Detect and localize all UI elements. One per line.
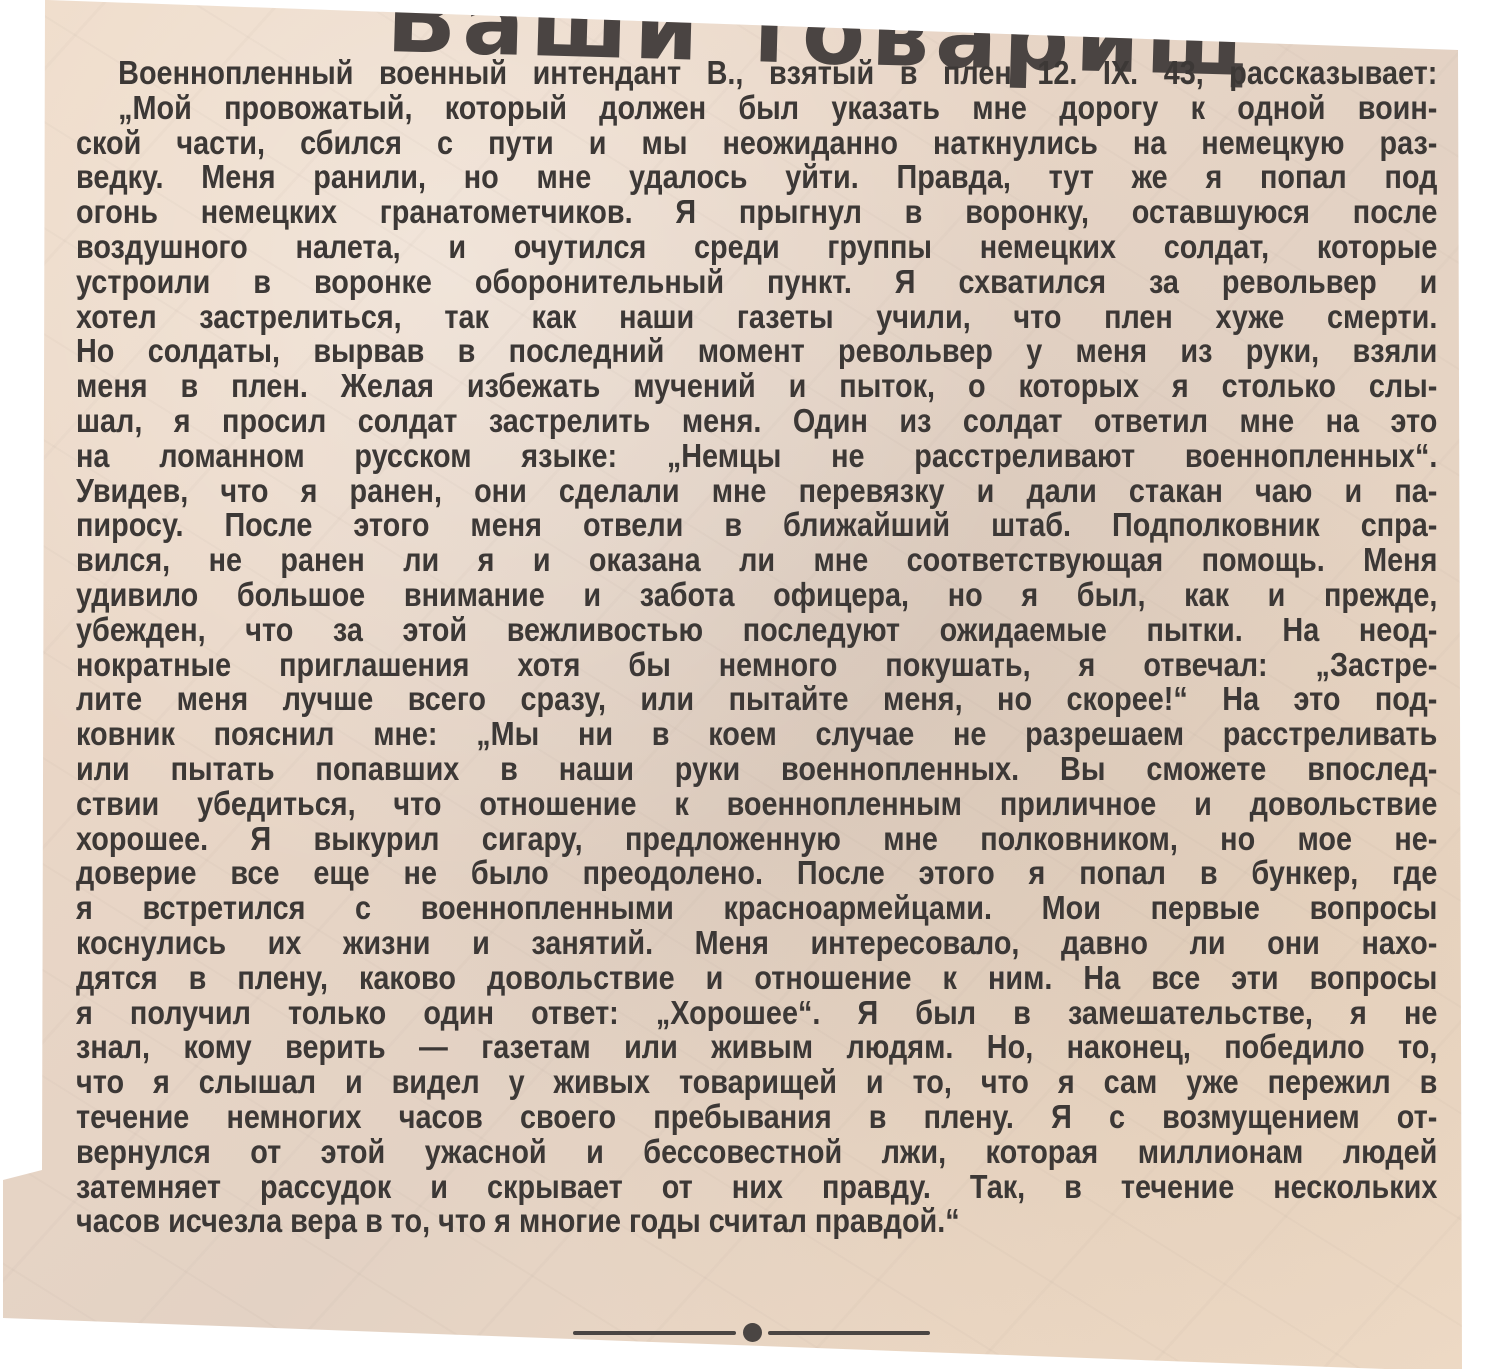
article-line: знал, кому верить — газетам или живым лю… xyxy=(76,1031,1437,1066)
article-body: Военнопленный военный интендант В., взят… xyxy=(76,57,1247,1240)
article-line: пиросу. После этого меня отвели в ближай… xyxy=(76,509,1437,544)
divider-rule-right xyxy=(768,1331,930,1335)
article-line: что я слышал и видел у живых товарищей и… xyxy=(76,1066,1437,1101)
article-line: доверие все еще не было преодолено. Посл… xyxy=(76,857,1437,892)
divider-rule-left xyxy=(573,1331,736,1335)
article-line: вился, не ранен ли я и оказана ли мне со… xyxy=(76,544,1437,579)
newspaper-clipping: Ваши товарищ Военнопленный военный интен… xyxy=(0,0,1500,1369)
article-line: лите меня лучше всего сразу, или пытайте… xyxy=(76,683,1437,718)
article-line: дятся в плену, каково довольствие и отно… xyxy=(76,962,1437,997)
article-line: шал, я просил солдат застрелить меня. Од… xyxy=(76,405,1437,440)
article-line: Увидев, что я ранен, они сделали мне пер… xyxy=(76,475,1437,510)
article-line: ковник пояснил мне: „Мы ни в коем случае… xyxy=(76,718,1437,753)
article-line: удивило большое внимание и забота офицер… xyxy=(76,579,1437,614)
article-line: нократные приглашения хотя бы немного по… xyxy=(76,649,1437,684)
article-line: хорошее. Я выкурил сигару, предложенную … xyxy=(76,823,1437,858)
article-line: я встретился с военнопленными красноарме… xyxy=(76,892,1437,927)
article-line: вернулся от этой ужасной и бессовестной … xyxy=(76,1136,1437,1171)
article-line: воздушного налета, и очутился среди груп… xyxy=(76,231,1437,266)
article-line: течение немногих часов своего пребывания… xyxy=(76,1101,1437,1136)
article-line: ведку. Меня ранили, но мне удалось уйти.… xyxy=(76,161,1437,196)
article-line: коснулись их жизни и занятий. Меня интер… xyxy=(76,927,1437,962)
article-line: я получил только один ответ: „Хорошее“. … xyxy=(76,997,1437,1032)
article-line: ской части, сбился с пути и мы неожиданн… xyxy=(76,127,1437,162)
article-line: Военнопленный военный интендант В., взят… xyxy=(76,57,1437,92)
article-line: Но солдаты, вырвав в последний момент ре… xyxy=(76,335,1437,370)
article-line: на ломанном русском языке: „Немцы не рас… xyxy=(76,440,1437,475)
article-line: часов исчезла вера в то, что я многие го… xyxy=(76,1205,1437,1240)
article-line: меня в плен. Желая избежать мучений и пы… xyxy=(76,370,1437,405)
article-line: устроили в воронке оборонительный пункт.… xyxy=(76,266,1437,301)
article-line: ствии убедиться, что отношение к военноп… xyxy=(76,788,1437,823)
article-line: затемняет рассудок и скрывает от них пра… xyxy=(76,1171,1437,1206)
divider-dot-icon xyxy=(743,1323,762,1342)
article-line: „Мой провожатый, который должен был указ… xyxy=(76,92,1437,127)
article-line: огонь немецких гранатометчиков. Я прыгну… xyxy=(76,196,1437,231)
article-line: или пытать попавших в наши руки военнопл… xyxy=(76,753,1437,788)
article-line: убежден, что за этой вежливостью последу… xyxy=(76,614,1437,649)
article-line: хотел застрелиться, так как наши газеты … xyxy=(76,301,1437,336)
section-divider-ornament xyxy=(573,1323,933,1343)
